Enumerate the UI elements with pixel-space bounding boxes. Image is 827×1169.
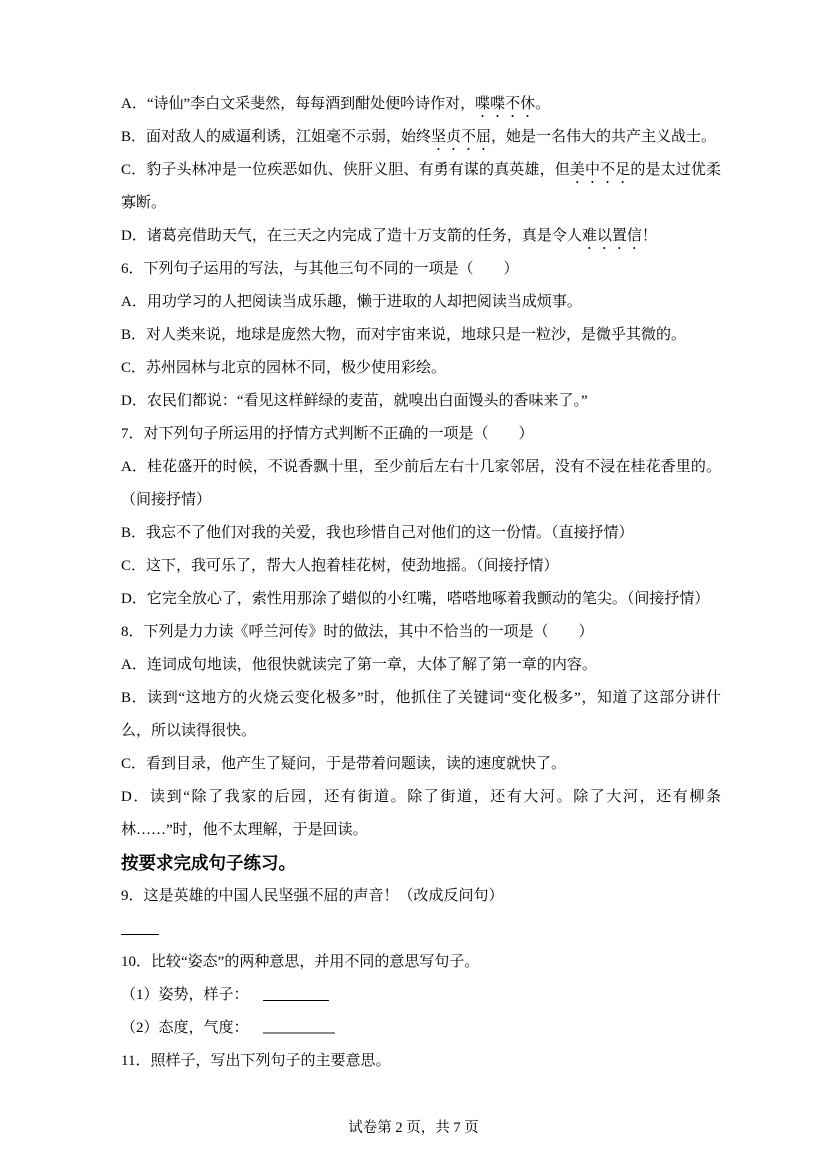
q7-option-d: D．它完全放心了，索性用那涂了蜡似的小红嘴，嗒嗒地啄着我颤动的笔尖。（间接抒情） xyxy=(121,583,721,616)
text-run: ，她是一名伟大的共产主义战士。 xyxy=(491,129,716,145)
q10-item-2: （2）态度，气度： xyxy=(121,1012,721,1045)
text-run: C．看到目录，他产生了疑问，于是带着问题读，读的速度就快了。 xyxy=(121,756,566,772)
q5-option-c: C．豹子头林冲是一位疾恶如仇、侠肝义胆、有勇有谋的真英雄，但美中不足的是太过优柔… xyxy=(121,154,721,220)
q7-option-b: B．我忘不了他们对我的关爱，我也珍惜自己对他们的这一份情。（直接抒情） xyxy=(121,517,721,550)
text-run: （1）姿势，样子： xyxy=(121,987,249,1003)
text-run: B．对人类来说，地球是庞然大物，而对宇宙来说，地球只是一粒沙，是微乎其微的。 xyxy=(121,327,686,343)
text-run: 10．比较“姿态”的两种意思，并用不同的意思写句子。 xyxy=(121,954,479,970)
q10-item-2-underline xyxy=(263,1030,335,1034)
text-run: C．这下，我可乐了，帮大人抱着桂花树，使劲地摇。（间接抒情） xyxy=(121,558,559,574)
q9-stem: 9．这是英雄的中国人民坚强不屈的声音！（改成反问句） xyxy=(121,880,721,913)
text-run: A．桂花盛开的时候，不说香飘十里，至少前后左右十几家邻居，没有不浸在桂花香里的。… xyxy=(121,459,721,508)
q7-option-a: A．桂花盛开的时候，不说香飘十里，至少前后左右十几家邻居，没有不浸在桂花香里的。… xyxy=(121,451,721,517)
text-run: 9．这是英雄的中国人民坚强不屈的声音！（改成反问句） xyxy=(121,888,504,904)
page-number-text: 试卷第 2 页，共 7 页 xyxy=(348,1120,479,1136)
text-run: A．连词成句地读，他很快就读完了第一章，大体了解了第一章的内容。 xyxy=(121,657,597,673)
q8-option-c: C．看到目录，他产生了疑问，于是带着问题读，读的速度就快了。 xyxy=(121,748,721,781)
q8-option-d: D．读到“除了我家的后园，还有街道。除了街道，还有大河。除了大河，还有柳条林……… xyxy=(121,781,721,847)
q5-option-a: A．“诗仙”李白文采斐然，每每酒到酣处便吟诗作对，喋喋不休。 xyxy=(121,88,721,121)
emphasized-text: 喋喋不休 xyxy=(475,96,535,112)
q11-stem: 11．照样子，写出下列句子的主要意思。 xyxy=(121,1045,721,1078)
q10-item-1: （1）姿势，样子： xyxy=(121,979,721,1012)
text-run: C．豹子头林冲是一位疾恶如仇、侠肝义胆、有勇有谋的真英雄，但 xyxy=(121,162,570,178)
q6-option-c: C．苏州园林与北京的园林不同，极少使用彩绘。 xyxy=(121,352,721,385)
q10-stem: 10．比较“姿态”的两种意思，并用不同的意思写句子。 xyxy=(121,946,721,979)
q6-option-d: D．农民们都说：“看见这样鲜绿的麦苗，就嗅出白面馒头的香味来了。” xyxy=(121,385,721,418)
q5-option-d: D．诸葛亮借助天气，在三天之内完成了造十万支箭的任务，真是令人难以置信！ xyxy=(121,220,721,253)
text-run: 按要求完成句子练习。 xyxy=(121,853,296,873)
text-run: （2）态度，气度： xyxy=(121,1020,249,1036)
text-run: A．“诗仙”李白文采斐然，每每酒到酣处便吟诗作对， xyxy=(121,96,475,112)
emphasized-text: 难以置信 xyxy=(582,228,642,244)
exam-page: { "document": { "kind": "chinese-languag… xyxy=(0,0,827,1169)
text-run: C．苏州园林与北京的园林不同，极少使用彩绘。 xyxy=(121,360,446,376)
q6-option-b: B．对人类来说，地球是庞然大物，而对宇宙来说，地球只是一粒沙，是微乎其微的。 xyxy=(121,319,721,352)
text-run: B．读到“这地方的火烧云变化极多”时，他抓住了关键词“变化极多”，知道了这部分讲… xyxy=(121,690,721,739)
q6-option-a: A．用功学习的人把阅读当成乐趣，懒于进取的人却把阅读当成烦事。 xyxy=(121,286,721,319)
text-run: ！ xyxy=(642,228,657,244)
document-body: A．“诗仙”李白文采斐然，每每酒到酣处便吟诗作对，喋喋不休。B．面对敌人的威逼利… xyxy=(121,88,721,1078)
text-run: 8．下列是力力读《呼兰河传》时的做法，其中不恰当的一项是（ ） xyxy=(121,624,594,640)
text-run: 7．对下列句子所运用的抒情方式判断不正确的一项是（ ） xyxy=(121,426,534,442)
q8-option-a: A．连词成句地读，他很快就读完了第一章，大体了解了第一章的内容。 xyxy=(121,649,721,682)
text-run: D．读到“除了我家的后园，还有街道。除了街道，还有大河。除了大河，还有柳条林……… xyxy=(121,789,721,838)
q9-answer-blank-underline xyxy=(121,932,159,935)
text-run: D．农民们都说：“看见这样鲜绿的麦苗，就嗅出白面馒头的香味来了。” xyxy=(121,393,588,409)
text-run: 6．下列句子运用的写法，与其他三句不同的一项是（ ） xyxy=(121,261,519,277)
text-run: D．诸葛亮借助天气，在三天之内完成了造十万支箭的任务，真是令人 xyxy=(121,228,582,244)
q7-option-c: C．这下，我可乐了，帮大人抱着桂花树，使劲地摇。（间接抒情） xyxy=(121,550,721,583)
section-heading: 按要求完成句子练习。 xyxy=(121,847,721,880)
page-footer-bar: 试卷第 2 页，共 7 页 xyxy=(0,1116,827,1137)
q9-answer-blank xyxy=(121,913,721,946)
text-run: 。 xyxy=(535,96,550,112)
q10-item-1-underline xyxy=(263,998,329,1001)
emphasized-text: 美中不足 xyxy=(570,162,631,178)
emphasized-text: 坚贞不屈 xyxy=(431,129,491,145)
q7-stem: 7．对下列句子所运用的抒情方式判断不正确的一项是（ ） xyxy=(121,418,721,451)
q8-stem: 8．下列是力力读《呼兰河传》时的做法，其中不恰当的一项是（ ） xyxy=(121,616,721,649)
text-run: B．面对敌人的威逼利诱，江姐毫不示弱，始终 xyxy=(121,129,431,145)
q8-option-b: B．读到“这地方的火烧云变化极多”时，他抓住了关键词“变化极多”，知道了这部分讲… xyxy=(121,682,721,748)
text-run: A．用功学习的人把阅读当成乐趣，懒于进取的人却把阅读当成烦事。 xyxy=(121,294,582,310)
q6-stem: 6．下列句子运用的写法，与其他三句不同的一项是（ ） xyxy=(121,253,721,286)
text-run: B．我忘不了他们对我的关爱，我也珍惜自己对他们的这一份情。（直接抒情） xyxy=(121,525,634,541)
q5-option-b: B．面对敌人的威逼利诱，江姐毫不示弱，始终坚贞不屈，她是一名伟大的共产主义战士。 xyxy=(121,121,721,154)
text-run: D．它完全放心了，索性用那涂了蜡似的小红嘴，嗒嗒地啄着我颤动的笔尖。（间接抒情） xyxy=(121,591,709,607)
text-run: 11．照样子，写出下列句子的主要意思。 xyxy=(121,1053,390,1069)
